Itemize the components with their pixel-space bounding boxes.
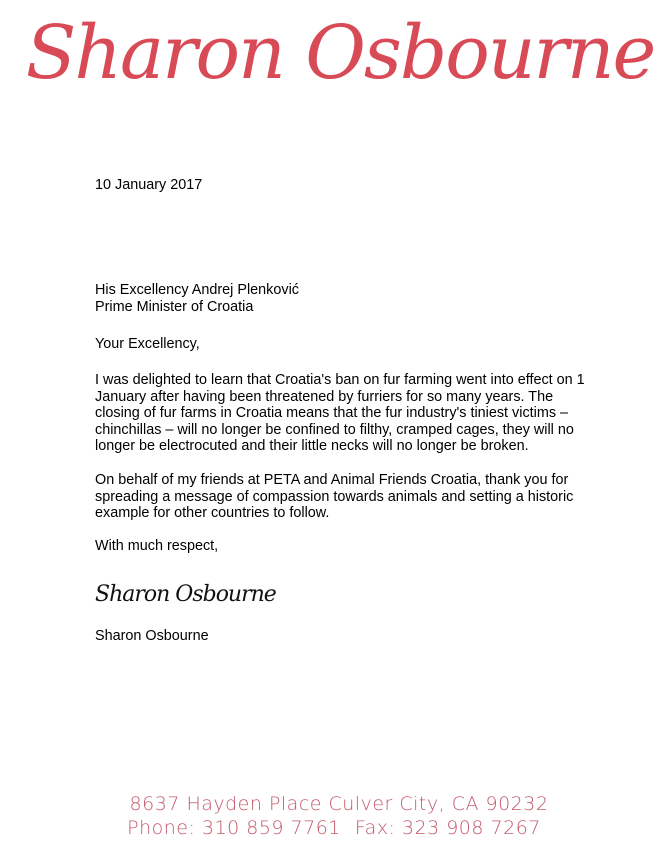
letter-date: 10 January 2017	[95, 177, 615, 194]
recipient-name: His Excellency Andrej Plenković	[95, 282, 615, 299]
letterhead-name: Sharon Osbourne	[30, 0, 650, 105]
footer-phone: Phone: 310 859 7761	[127, 817, 341, 839]
paragraph-2: On behalf of my friends at PETA and Anim…	[95, 472, 595, 522]
handwritten-signature: Sharon Osbourne	[95, 582, 285, 618]
paragraph-1: I was delighted to learn that Croatia's …	[95, 372, 595, 455]
footer-contact: Phone: 310 859 7761Fax: 323 908 7267	[5, 817, 658, 839]
letterhead-logo: Sharon Osbourne	[30, 0, 650, 105]
footer-address: 8637 Hayden Place Culver City, CA 90232	[10, 793, 658, 815]
footer-fax: Fax: 323 908 7267	[355, 817, 541, 839]
recipient-title: Prime Minister of Croatia	[95, 299, 615, 316]
salutation: Your Excellency,	[95, 336, 615, 353]
closing: With much respect,	[95, 538, 615, 555]
recipient-block: His Excellency Andrej Plenković Prime Mi…	[95, 282, 615, 315]
printed-name: Sharon Osbourne	[95, 628, 615, 645]
